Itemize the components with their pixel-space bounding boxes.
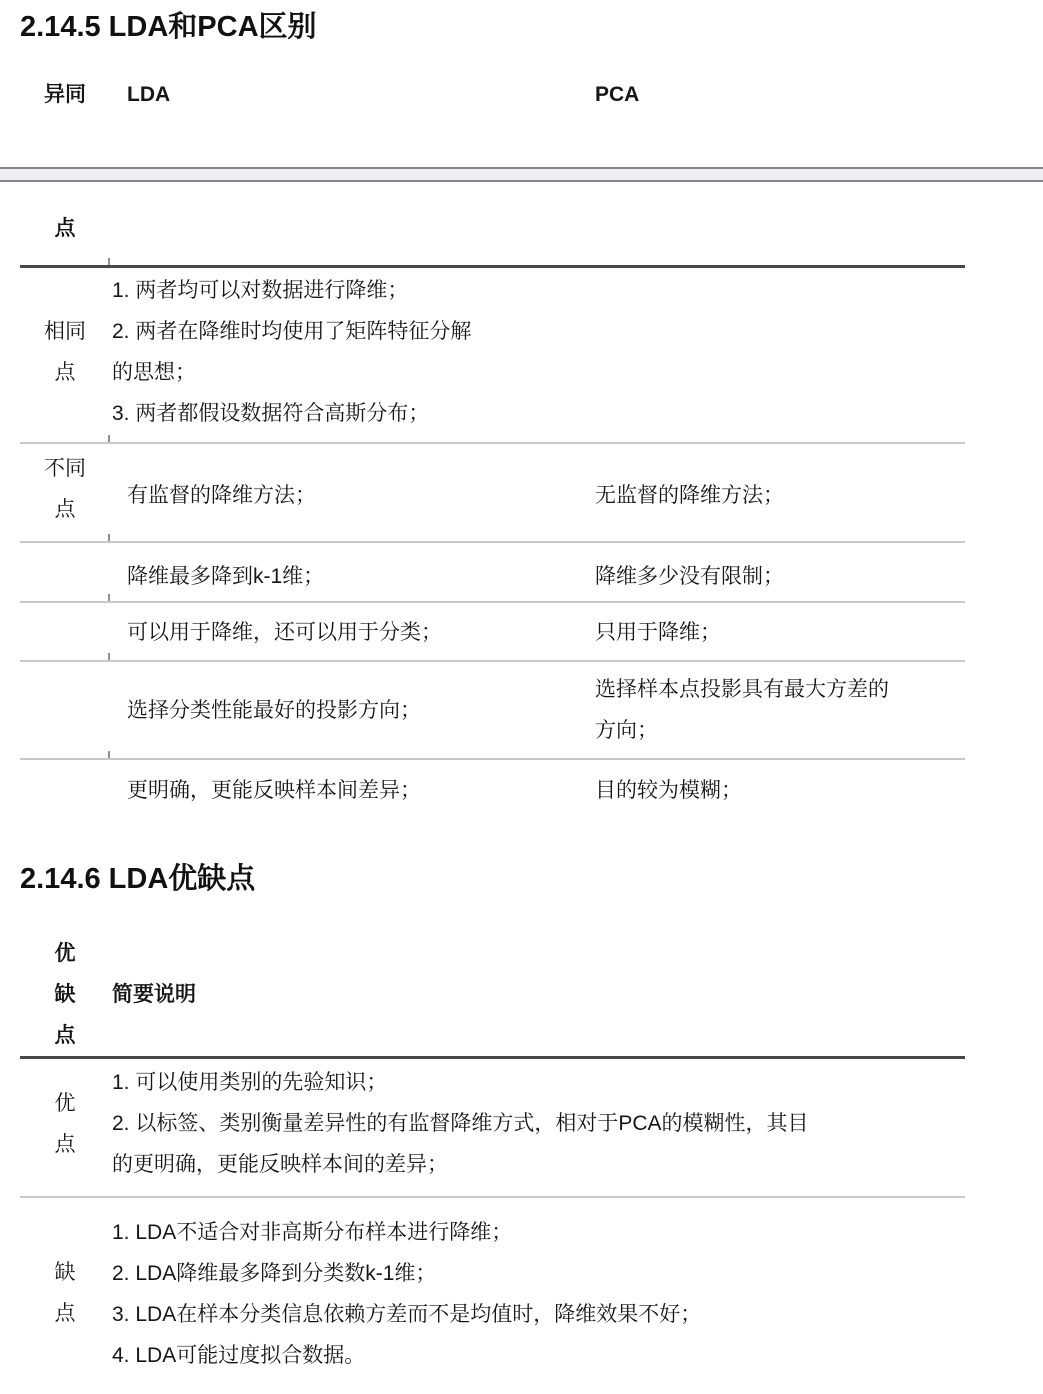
table1-column-tick <box>108 258 110 265</box>
table2-row2-desc-cell: 1. LDA不适合对非高斯分布样本进行降维； 2. LDA降维最多降到分类数k-… <box>112 1212 992 1376</box>
table1-column-tick <box>108 751 110 758</box>
table1-header-rowlabel-line1: 异同 <box>20 74 110 115</box>
table1-header-rule <box>20 265 965 268</box>
table1-column-tick <box>108 653 110 660</box>
table2-row2-label: 缺 点 <box>20 1252 110 1334</box>
table1-row4-lda-cell: 可以用于降维，还可以用于分类； <box>127 612 442 653</box>
table1-row4-pca-cell: 只用于降维； <box>595 612 995 653</box>
table2-header-rule <box>20 1056 965 1059</box>
row-divider <box>20 541 965 543</box>
page-break-separator <box>0 167 1043 182</box>
table1-row5-pca-cell: 选择样本点投影具有最大方差的 方向； <box>595 669 995 751</box>
table1-header-rowlabel-line2: 点 <box>20 208 110 249</box>
table1-row2-label: 不同 点 <box>20 448 110 530</box>
table1-header-pca: PCA <box>595 74 995 115</box>
row-divider <box>20 442 965 444</box>
table1-row1-lda-cell: 1. 两者均可以对数据进行降维； 2. 两者在降维时均使用了矩阵特征分解 的思想… <box>112 270 471 434</box>
table1-row3-pca-cell: 降维多少没有限制； <box>595 556 995 597</box>
table1-row3-lda-cell: 降维最多降到k-1维； <box>127 556 324 597</box>
row-divider <box>20 1196 965 1198</box>
row-divider <box>20 601 965 603</box>
table2-row1-desc-cell: 1. 可以使用类别的先验知识； 2. 以标签、类别衡量差异性的有监督降维方式，相… <box>112 1062 972 1185</box>
section-heading-2-14-5: 2.14.5 LDA和PCA区别 <box>20 4 317 45</box>
table1-row2-pca-cell: 无监督的降维方法； <box>595 475 995 516</box>
table2-header-desc: 简要说明 <box>112 974 196 1015</box>
table1-header-lda: LDA <box>127 74 170 115</box>
row-divider <box>20 758 965 760</box>
table1-row6-lda-cell: 更明确，更能反映样本间差异； <box>127 770 421 811</box>
table1-column-tick <box>108 534 110 541</box>
table2-header-rowlabel: 优 缺 点 <box>20 933 110 1056</box>
table1-row1-label: 相同 点 <box>20 311 110 393</box>
section-heading-2-14-6: 2.14.6 LDA优缺点 <box>20 856 255 897</box>
table1-column-tick <box>108 594 110 601</box>
table1-row2-lda-cell: 有监督的降维方法； <box>127 475 316 516</box>
row-divider <box>20 660 965 662</box>
table2-row1-label: 优 点 <box>20 1083 110 1165</box>
document-page: 2.14.5 LDA和PCA区别 异同 LDA PCA 点 相同 点 1. 两者… <box>0 0 1043 1394</box>
table1-row6-pca-cell: 目的较为模糊； <box>595 770 995 811</box>
table1-column-tick <box>108 435 110 442</box>
table1-row5-lda-cell: 选择分类性能最好的投影方向； <box>127 690 421 731</box>
